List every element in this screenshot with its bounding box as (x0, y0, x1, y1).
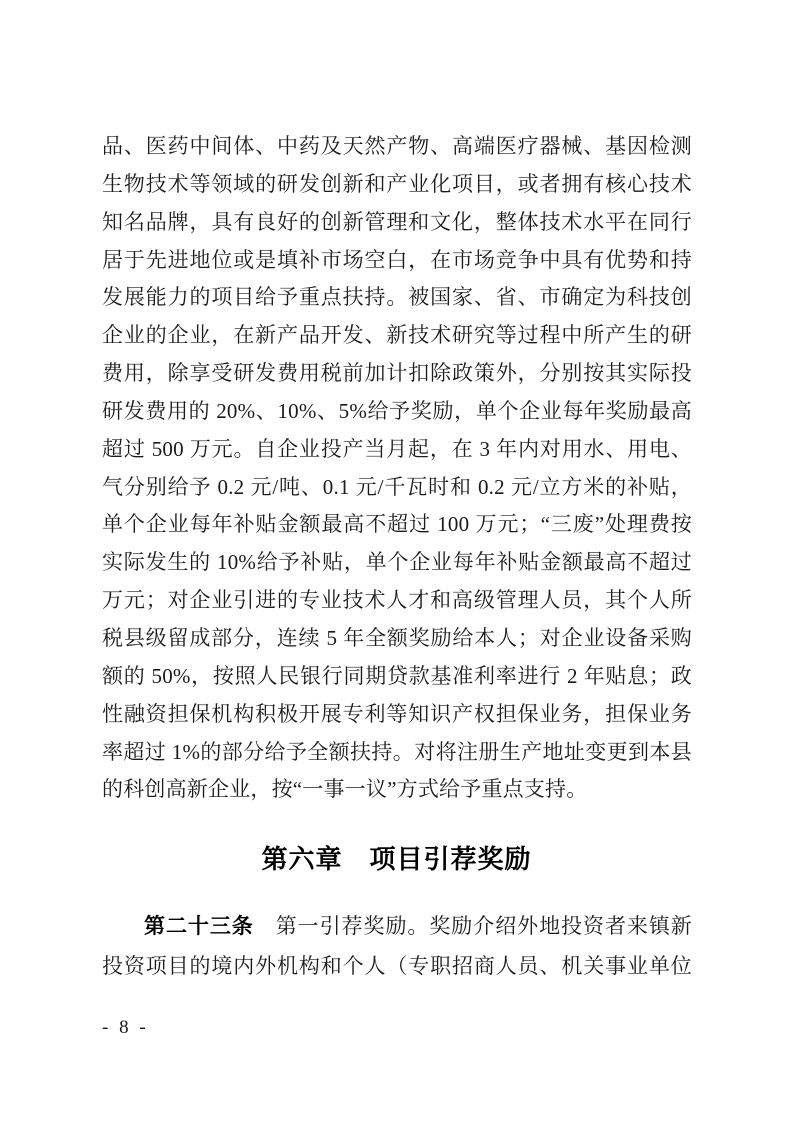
article-number: 第二十三条 (144, 915, 254, 938)
body-text-line: 税县级留成部分，连续 5 年全额奖励给本人；对企业设备采购金 (102, 620, 692, 658)
chapter-heading: 第六章 项目引荐奖励 (0, 839, 793, 876)
body-text-line: 生物技术等领域的研发创新和产业化项目，或者拥有核心技术或 (102, 166, 692, 204)
body-text-line: 率超过 1%的部分给予全额扶持。对将注册生产地址变更到本县 (102, 734, 692, 772)
body-text-line: 发展能力的项目给予重点扶持。被国家、省、市确定为科技创新 (102, 279, 692, 317)
body-paragraph-continuation: 品、医药中间体、中药及天然产物、高端医疗器械、基因检测与 生物技术等领域的研发创… (102, 128, 692, 809)
body-text-line: 居于先进地位或是填补市场空白，在市场竞争中具有优势和持续 (102, 242, 692, 280)
body-text-line: 超过 500 万元。自企业投产当月起，在 3 年内对用水、用电、用 (102, 431, 692, 469)
document-page: 品、医药中间体、中药及天然产物、高端医疗器械、基因检测与 生物技术等领域的研发创… (0, 0, 793, 1122)
body-text-line: 额的 50%，按照人民银行同期贷款基准利率进行 2 年贴息；政策 (102, 658, 692, 696)
body-text-line: 实际发生的 10%给予补贴，单个企业每年补贴金额最高不超过 10 (102, 544, 692, 582)
page-number: - 8 - (102, 1017, 149, 1039)
body-text-line: 企业的企业，在新产品开发、新技术研究等过程中所产生的研发 (102, 317, 692, 355)
body-text-line: 品、医药中间体、中药及天然产物、高端医疗器械、基因检测与 (102, 128, 692, 166)
body-text-line: 的科创高新企业，按“一事一议”方式给予重点支持。 (102, 771, 692, 809)
body-text-line: 研发费用的 20%、10%、5%给予奖励，单个企业每年奖励最高不 (102, 393, 692, 431)
body-text-line: 气分别给予 0.2 元/吨、0.1 元/千瓦时和 0.2 元/立方米的补贴， (102, 469, 692, 507)
article-text-line: 投资项目的境内外机构和个人（专职招商人员、机关事业单位人 (102, 947, 692, 987)
body-text-line: 费用，除享受研发费用税前加计扣除政策外，分别按其实际投入 (102, 355, 692, 393)
body-text-line: 万元；对企业引进的专业技术人才和高级管理人员，其个人所得 (102, 582, 692, 620)
article-text-line: 第二十三条 第一引荐奖励。奖励介绍外地投资者来镇新办 (102, 907, 692, 947)
body-text-line: 知名品牌，具有良好的创新管理和文化，整体技术水平在同行业 (102, 204, 692, 242)
article-paragraph: 第二十三条 第一引荐奖励。奖励介绍外地投资者来镇新办 投资项目的境内外机构和个人… (102, 907, 692, 986)
body-text-line: 单个企业每年补贴金额最高不超过 100 万元；“三废”处理费按 (102, 506, 692, 544)
body-text-line: 性融资担保机构积极开展专利等知识产权担保业务，担保业务费 (102, 696, 692, 734)
